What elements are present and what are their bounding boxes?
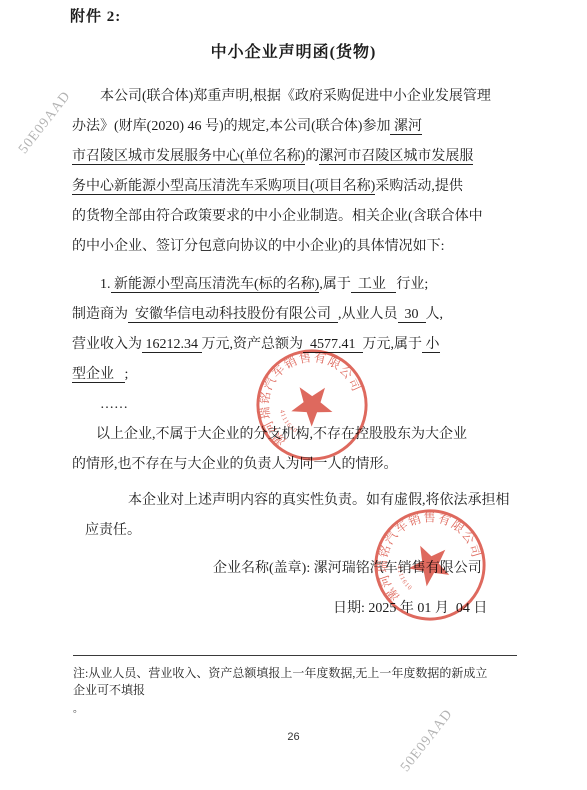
- text-line: 的货物全部由符合政策要求的中小企业制造。相关企业(含联合体中: [72, 202, 520, 232]
- footnote: 注:从业人员、营业收入、资产总额填报上一年度数据,无上一年度数据的新成立 企业可…: [73, 665, 523, 717]
- text-segment: 营业收入为: [72, 337, 142, 352]
- text-line: 的中小企业、签订分包意向协议的中小企业)的具体情况如下:: [72, 232, 520, 262]
- text-line: 办法》(财库(2020) 46 号)的规定,本公司(联合体)参加 漯河: [72, 112, 520, 142]
- footnote-line: 注:从业人员、营业收入、资产总额填报上一年度数据,无上一年度数据的新成立: [73, 665, 523, 682]
- text-segment: ,属于: [319, 277, 351, 292]
- text-line: 务中心新能源小型高压清洗车采购项目(项目名称)采购活动,提供: [72, 172, 520, 202]
- text-segment: 万元,属于: [363, 337, 423, 352]
- text-segment: 行业;: [396, 277, 428, 292]
- filled-blank: 市召陵区城市发展服务中心(单位名称): [72, 149, 305, 165]
- watermark-text: 50E09AAD: [16, 89, 75, 158]
- filled-blank: 30: [398, 307, 426, 323]
- seal-star-icon: [283, 375, 339, 431]
- footnote-divider: [73, 655, 517, 656]
- text-segment: 1.: [100, 277, 111, 292]
- text-segment: 的货物全部由符合政策要求的中小企业制造。相关企业(含联合体中: [72, 209, 483, 224]
- text-segment: 的情形,也不存在与大企业的负责人为同一人的情形。: [72, 457, 398, 472]
- text-segment: 的: [305, 149, 319, 164]
- filled-blank: 漯河市召陵区城市发展服: [319, 149, 473, 165]
- text-line: 1. 新能源小型高压清洗车(标的名称),属于 工业 行业;: [72, 270, 520, 300]
- text-segment: 办法》(财库(2020) 46 号)的规定,本公司(联合体)参加: [72, 119, 390, 134]
- footnote-line: 企业可不填报: [73, 682, 523, 699]
- filled-blank: 务中心新能源小型高压清洗车采购项目(项目名称): [72, 179, 375, 195]
- page-number: 26: [0, 731, 587, 743]
- text-line: 市召陵区城市发展服务中心(单位名称)的漯河市召陵区城市发展服: [72, 142, 520, 172]
- filled-blank: 安徽华信电动科技股份有限公司: [128, 307, 338, 323]
- text-segment: 本公司(联合体)郑重声明,根据《政府采购促进中小企业发展管理: [100, 89, 491, 104]
- text-segment: ;: [125, 367, 129, 382]
- text-segment: 的中小企业、签订分包意向协议的中小企业)的具体情况如下:: [72, 239, 445, 254]
- footnote-line: 。: [73, 703, 523, 717]
- text-line: 制造商为 安徽华信电动科技股份有限公司 ,从业人员 30 人,: [72, 300, 520, 330]
- filled-blank: 工业: [351, 277, 397, 293]
- filled-blank: 漯河: [390, 119, 422, 135]
- seal-star-icon: [402, 536, 456, 590]
- filled-blank: 型企业: [72, 367, 125, 383]
- filled-blank: 16212.34: [142, 337, 202, 353]
- text-segment: ……: [100, 397, 128, 412]
- document-page: 50E09AAD 50E09AAD 附件 2: 中小企业声明函(货物) 本公司(…: [0, 0, 587, 790]
- text-segment: 人,: [426, 307, 444, 322]
- page-title: 中小企业声明函(货物): [0, 39, 587, 62]
- text-segment: 应责任。: [85, 523, 141, 538]
- text-line: 本公司(联合体)郑重声明,根据《政府采购促进中小企业发展管理: [72, 82, 520, 112]
- text-segment: 制造商为: [72, 307, 128, 322]
- attachment-label: 附件 2:: [70, 5, 121, 26]
- filled-blank: 新能源小型高压清洗车(标的名称): [111, 277, 320, 293]
- text-segment: ,从业人员: [338, 307, 398, 322]
- filled-blank: 小: [422, 337, 440, 353]
- text-segment: 采购活动,提供: [375, 179, 463, 194]
